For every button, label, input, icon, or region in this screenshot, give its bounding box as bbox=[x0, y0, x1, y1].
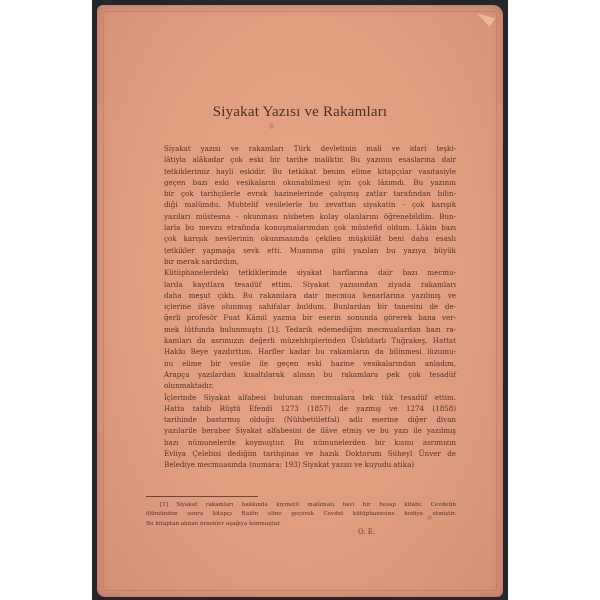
text-line: yazılarile beraber Siyakat alfabesini de… bbox=[146, 425, 456, 436]
footnote-line: Bu kitaptan alınan örnekler aşağıya konm… bbox=[146, 520, 456, 529]
paragraph: Kütüphanelerdeki tetkiklerimde siyakat h… bbox=[146, 267, 456, 391]
text-line: kamları da asrımızın değerli müzehhipler… bbox=[146, 335, 456, 346]
footnote-line: [1] Siyakat rakamları hakkında kıymetli … bbox=[146, 501, 456, 510]
corner-fold bbox=[477, 13, 495, 27]
paragraph: Siyakat yazısı ve rakamları Türk devleti… bbox=[146, 143, 456, 267]
text-line: Evliya Çelebisi dediğim tarihşinas ve ha… bbox=[146, 448, 456, 459]
text-line: bir merak sardırdım, bbox=[146, 256, 456, 267]
text-line: İçlerinde Siyakat alfabesi bulunan mecmu… bbox=[146, 392, 456, 403]
text-line: diği malûmdu. Muhtelif vesilelerle bu ze… bbox=[146, 199, 456, 210]
paragraph: İçlerinde Siyakat alfabesi bulunan mecmu… bbox=[146, 392, 456, 471]
text-line: olunmaktadır. bbox=[146, 380, 456, 391]
text-line: Kütüphanelerdeki tetkiklerimde siyakat h… bbox=[146, 267, 456, 278]
footnote: [1] Siyakat rakamları hakkında kıymetli … bbox=[146, 501, 456, 529]
text-line: lâtiyla alâkadar çok eski bir tarihe mal… bbox=[146, 154, 456, 165]
text-line: nu elime bir vesile ile geçen eski hazin… bbox=[146, 358, 456, 369]
text-line: ğerli profesör Fuat Kâmil yazma bir eser… bbox=[146, 312, 456, 323]
text-line: daha meşut çıktı. Bu rakamlara dair mecm… bbox=[146, 290, 456, 301]
text-line: Arapça yazılardan kısaltılarak alınan bu… bbox=[146, 369, 456, 380]
text-line: geçen bazı eski vesikaların okunabilmesi… bbox=[146, 177, 456, 188]
text-line: bir çok tarihçilerle evrak hazinelerinde… bbox=[146, 188, 456, 199]
footnote-line: ölümünden sonra kitapçı Raifin eline geç… bbox=[146, 510, 456, 519]
text-line: larla bu mevzu etrafında konuşmalarımdan… bbox=[146, 222, 456, 233]
body-text: Siyakat yazısı ve rakamları Türk devleti… bbox=[146, 143, 456, 471]
page-title: Siyakat Yazısı ve Rakamları bbox=[97, 104, 503, 121]
text-line: tetkikler yapmağa sevk etti. Muamma gibi… bbox=[146, 245, 456, 256]
text-line: bazı nümunelerde koymuştur. Bu nümuneler… bbox=[146, 437, 456, 448]
text-line: mek lütfunda bulunmuştu [1]. Tedarik ede… bbox=[146, 324, 456, 335]
text-line: yazıları müstesna - okunması nisbeten ko… bbox=[146, 211, 456, 222]
footnote-divider bbox=[146, 496, 258, 497]
text-line: Belediye mecmuasında (numara: 193) Siyak… bbox=[146, 459, 456, 470]
text-line: larda kayıtlara tesadüf ettim. Siyakat y… bbox=[146, 279, 456, 290]
text-line: tetkiklerimiz hayli eskidir. Bu tetkikat… bbox=[146, 166, 456, 177]
author-initials: O. E. bbox=[358, 528, 375, 536]
scanned-page-view: Siyakat Yazısı ve Rakamları Siyakat yazı… bbox=[0, 0, 600, 600]
text-line: tarihinde bastırmış olduğu (Nühbetületfa… bbox=[146, 414, 456, 425]
text-line: Hakkı Beye yazdırttım. Harfler kadar bu … bbox=[146, 346, 456, 357]
text-line: Siyakat yazısı ve rakamları Türk devleti… bbox=[146, 143, 456, 154]
text-line: içlerine ilâve olunmuş sahifalar buldum.… bbox=[146, 301, 456, 312]
text-line: çok karışık nevilerinin okunmasında çeki… bbox=[146, 233, 456, 244]
text-line: Hatta tabib Rüştü Efendi 1273 (1857) de … bbox=[146, 403, 456, 414]
ink-stain bbox=[269, 123, 274, 129]
